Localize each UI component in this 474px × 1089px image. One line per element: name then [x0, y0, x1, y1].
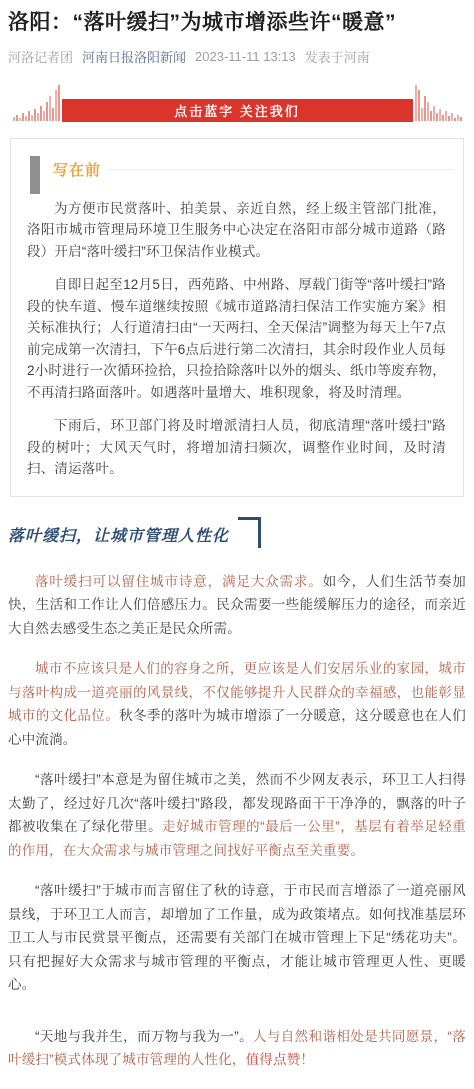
equalizer-bar — [415, 85, 417, 121]
body-paragraph: “天地与我并生，而万物与我为一”。人与自然和谐相处是共同愿景，“落叶缓扫”模式体… — [8, 1025, 466, 1072]
equalizer-bar — [418, 90, 420, 121]
paragraph-span: “落叶缓扫”于城市而言留住了秋的诗意，于市民而言增添了一道亮丽风景线，于环卫工人… — [8, 883, 466, 992]
article-body: 落叶缓扫可以留住城市诗意，满足大众需求。如今，人们生活节奏加快，生活和工作让人们… — [0, 570, 474, 1072]
body-paragraph: 落叶缓扫可以留住城市诗意，满足大众需求。如今，人们生活节奏加快，生活和工作让人们… — [8, 570, 466, 641]
intro-header-title: 写在前 — [53, 159, 101, 180]
intro-paragraph: 自即日起至12月5日，西苑路、中州路、厚载门街等“落叶缓扫”路段的快车道、慢车道… — [27, 274, 446, 403]
intro-header: 写在前 — [30, 154, 454, 186]
equalizer-bar — [46, 102, 48, 121]
equalizer-bar — [454, 118, 456, 121]
equalizer-bar — [43, 111, 45, 121]
equalizer-bar — [448, 116, 450, 121]
follow-banner-label: 点击蓝字 关注我们 — [174, 101, 300, 120]
equalizer-bar — [433, 106, 435, 121]
equalizer-bar — [442, 115, 444, 121]
equalizer-bar — [16, 115, 18, 121]
section-title-block: 落叶缓扫，让城市管理人性化 — [8, 519, 466, 553]
byline: 河洛记者团 河南日报洛阳新闻 2023-11-11 13:13 发表于河南 — [0, 37, 474, 66]
equalizer-bars-icon-left — [11, 85, 62, 122]
equalizer-bar — [37, 113, 39, 121]
equalizer-bar — [460, 117, 462, 121]
byline-account-link[interactable]: 河南日报洛阳新闻 — [82, 47, 186, 66]
equalizer-bar — [451, 113, 453, 121]
article-page: 洛阳：“落叶缓扫”为城市增添些许“暖意” 河洛记者团 河南日报洛阳新闻 2023… — [0, 0, 474, 1089]
equalizer-bar — [52, 108, 54, 121]
equalizer-bar — [439, 109, 441, 121]
equalizer-bar — [13, 117, 15, 121]
equalizer-bar — [427, 102, 429, 121]
body-paragraph: 城市不应该只是人们的容身之所，更应该是人们安居乐业的家园，城市与落叶构成一道亮丽… — [8, 657, 466, 751]
follow-banner-button[interactable]: 点击蓝字 关注我们 — [62, 99, 413, 122]
equalizer-bar — [421, 108, 423, 121]
equalizer-bar — [457, 115, 459, 121]
equalizer-bar — [40, 106, 42, 121]
byline-author: 河洛记者团 — [8, 47, 73, 66]
vertical-bar-decoration — [30, 156, 40, 194]
equalizer-bar — [34, 109, 36, 121]
equalizer-bar — [445, 111, 447, 121]
paragraph-span: 落叶缓扫可以留住城市诗意，满足大众需求。 — [35, 574, 323, 589]
equalizer-bar — [430, 111, 432, 121]
follow-banner-row: 点击蓝字 关注我们 — [0, 88, 474, 122]
equalizer-bar — [28, 111, 30, 121]
intro-paragraph: 下雨后，环卫部门将及时增派清扫人员，彻底清理“落叶缓扫”路段的树叶；大风天气时，… — [27, 415, 446, 480]
body-paragraph: “落叶缓扫”于城市而言留住了秋的诗意，于市民而言增添了一道亮丽风景线，于环卫工人… — [8, 879, 466, 997]
equalizer-bar — [49, 96, 51, 121]
equalizer-bar — [55, 90, 57, 121]
section-title: 落叶缓扫，让城市管理人性化 — [8, 519, 261, 553]
equalizer-bar — [19, 118, 21, 121]
equalizer-bars-icon-right — [413, 85, 464, 122]
equalizer-bar — [436, 113, 438, 121]
equalizer-bar — [22, 113, 24, 121]
paragraph-span: “天地与我并生，而万物与我为一”。 — [35, 1029, 253, 1044]
equalizer-bar — [58, 85, 60, 121]
byline-location: 发表于河南 — [305, 47, 370, 66]
intro-box: 写在前 为方便市民赏落叶、拍美景、亲近自然，经上级主管部门批准，洛阳市城市管理局… — [10, 138, 464, 497]
divider-line — [108, 169, 454, 170]
intro-paragraphs: 为方便市民赏落叶、拍美景、亲近自然，经上级主管部门批准，洛阳市城市管理局环境卫生… — [19, 198, 454, 480]
intro-paragraph: 为方便市民赏落叶、拍美景、亲近自然，经上级主管部门批准，洛阳市城市管理局环境卫生… — [27, 198, 446, 263]
article-title: 洛阳：“落叶缓扫”为城市增添些许“暖意” — [0, 0, 474, 37]
byline-datetime: 2023-11-11 13:13 — [195, 49, 296, 64]
equalizer-bar — [31, 115, 33, 121]
equalizer-bar — [424, 96, 426, 121]
equalizer-bar — [25, 116, 27, 121]
body-paragraph: “落叶缓扫”本意是为留住城市之美，然而不少网友表示，环卫工人扫得太勤了，经过好几… — [8, 768, 466, 862]
paragraph-span: 值得点赞！ — [246, 1052, 315, 1067]
